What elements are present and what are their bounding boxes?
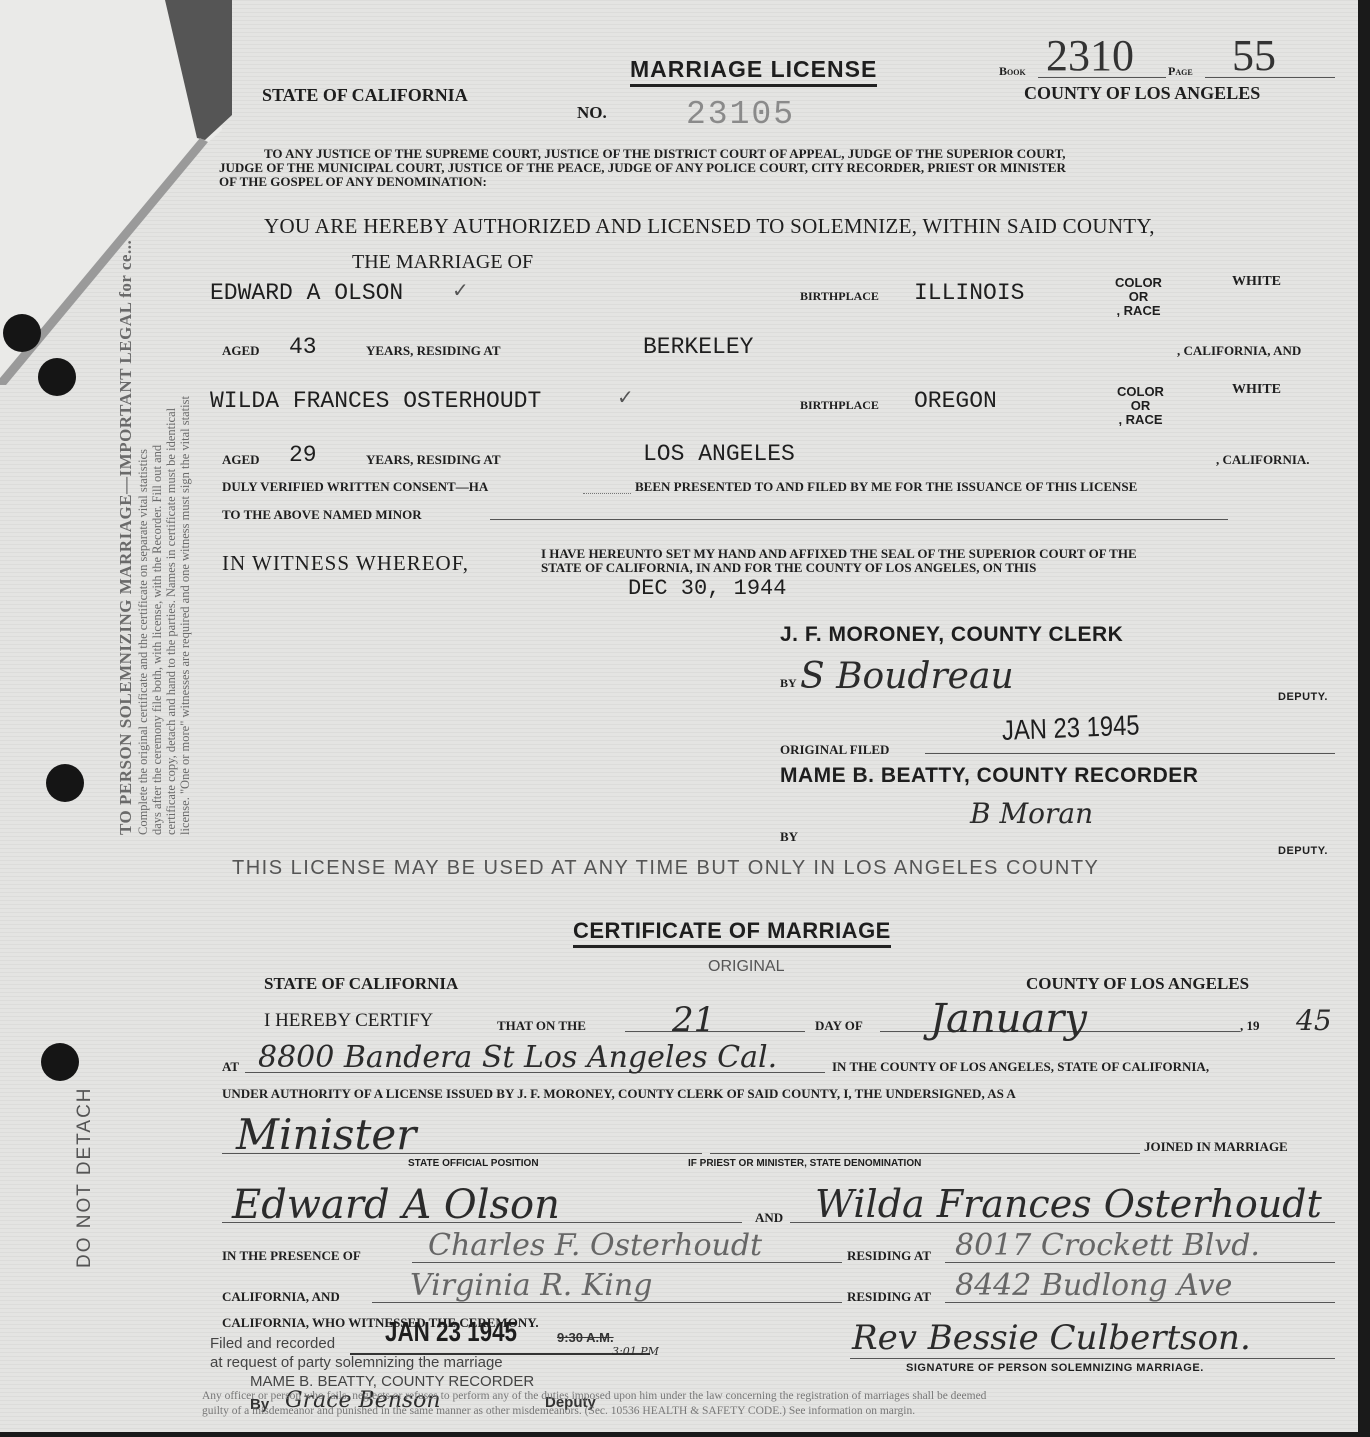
clerk-deputy-label: DEPUTY. xyxy=(1278,691,1328,703)
minor-blank xyxy=(490,519,1228,520)
book-number: 2310 xyxy=(1046,30,1134,81)
groom-residence-suffix: , CALIFORNIA, AND xyxy=(1177,343,1301,359)
authorization-text: YOU ARE HEREBY AUTHORIZED AND LICENSED T… xyxy=(264,214,1155,239)
officiant-position: Minister xyxy=(236,1110,416,1159)
groom-birthplace-label: BIRTHPLACE xyxy=(800,289,879,304)
consent-blank xyxy=(583,493,631,494)
groom-check-mark: ✓ xyxy=(452,278,469,303)
filed-recorded-label: Filed and recorded xyxy=(210,1335,335,1352)
scan-border-bottom xyxy=(0,1432,1370,1437)
issue-date: DEC 30, 1944 xyxy=(628,576,786,601)
license-county: COUNTY OF LOS ANGELES xyxy=(1024,83,1260,104)
consent-label-right: BEEN PRESENTED TO AND FILED BY ME FOR TH… xyxy=(635,479,1137,495)
filed-recorded-stamp: JAN 23 1945 xyxy=(385,1316,517,1348)
certificate-title: CERTIFICATE OF MARRIAGE xyxy=(573,918,891,948)
punch-hole xyxy=(46,764,84,802)
punch-hole xyxy=(38,358,76,396)
county-recorder: MAME B. BEATTY, COUNTY RECORDER xyxy=(780,764,1198,788)
witness2-address: 8442 Budlong Ave xyxy=(955,1268,1232,1303)
marriage-day: 21 xyxy=(672,1000,715,1040)
groom-birthplace: ILLINOIS xyxy=(914,280,1024,306)
certificate-county: COUNTY OF LOS ANGELES xyxy=(1026,974,1249,994)
punch-hole xyxy=(3,314,41,352)
margin-line-2: days after the ceremony file both, with … xyxy=(150,445,165,835)
margin-line-1: Complete the original certificate and th… xyxy=(136,449,151,835)
bride-residence: LOS ANGELES xyxy=(643,441,795,467)
marriage-month: January xyxy=(930,996,1087,1042)
bride-color-label: COLOROR, RACE xyxy=(1117,385,1164,427)
margin-line-3: certificate copy, detach and hand to the… xyxy=(164,408,179,835)
recorder-by-label: BY xyxy=(780,829,798,845)
consent-label-left: DULY VERIFIED WRITTEN CONSENT—HA xyxy=(222,479,488,495)
certify-label: I HEREBY CERTIFY xyxy=(264,1010,433,1032)
groom-color: WHITE xyxy=(1232,274,1281,290)
license-state: STATE OF CALIFORNIA xyxy=(262,85,468,106)
original-filed-line xyxy=(925,753,1335,754)
county-text: IN THE COUNTY OF LOS ANGELES, STATE OF C… xyxy=(832,1059,1209,1075)
bride-birthplace-label: BIRTHPLACE xyxy=(800,398,879,413)
penalty-line-2: guilty of a misdemeanor and punished in … xyxy=(202,1405,915,1417)
original-filed-stamp: JAN 23 1945 xyxy=(1002,709,1140,747)
day-of-label: DAY OF xyxy=(815,1018,863,1034)
license-number: 23105 xyxy=(686,96,795,133)
recorder-deputy-label: DEPUTY. xyxy=(1278,845,1328,857)
witness-whereof-label: IN WITNESS WHEREOF, xyxy=(222,551,469,576)
witness1-signature: Charles F. Osterhoudt xyxy=(428,1228,762,1263)
address-line-3: OF THE GOSPEL OF ANY DENOMINATION: xyxy=(219,174,487,190)
marriage-year: 45 xyxy=(1296,1004,1332,1037)
witness2-signature: Virginia R. King xyxy=(410,1268,652,1303)
bride-birthplace: OREGON xyxy=(914,388,997,414)
penalty-line-1: Any officer or person who fails, neglect… xyxy=(202,1390,986,1402)
groom-residing-label: YEARS, RESIDING AT xyxy=(366,343,501,359)
bride-residence-suffix: , CALIFORNIA. xyxy=(1216,452,1310,468)
margin-line-4: license. "One or more" witnesses are req… xyxy=(178,396,193,835)
filed-time-struck: 9:30 A.M. xyxy=(557,1330,614,1345)
margin-heading: TO PERSON SOLEMNIZING MARRIAGE—IMPORTANT… xyxy=(116,240,136,835)
at-label: AT xyxy=(222,1059,239,1075)
marriage-of-label: THE MARRIAGE OF xyxy=(352,251,533,274)
bride-aged-label: AGED xyxy=(222,452,260,468)
witness2-residing-label: RESIDING AT xyxy=(847,1289,931,1305)
certificate-state: STATE OF CALIFORNIA xyxy=(264,974,458,994)
scan-border-right xyxy=(1358,0,1370,1437)
denomination-label: IF PRIEST OR MINISTER, STATE DENOMINATIO… xyxy=(688,1158,921,1169)
marriage-location: 8800 Bandera St Los Angeles Cal. xyxy=(258,1040,777,1075)
recorder-deputy-signature: B Moran xyxy=(970,797,1093,830)
presence-label: IN THE PRESENCE OF xyxy=(222,1248,361,1264)
license-title: MARRIAGE LICENSE xyxy=(630,56,877,87)
do-not-detach-label: DO NOT DETACH xyxy=(74,1086,96,1268)
page-label: Page xyxy=(1168,64,1193,79)
officiant-signature-line xyxy=(850,1358,1335,1359)
denomination-line xyxy=(710,1153,1140,1154)
witness-line-2: STATE OF CALIFORNIA, IN AND FOR THE COUN… xyxy=(541,560,1036,576)
groom-residence: BERKELEY xyxy=(643,334,753,360)
that-on-the-label: THAT ON THE xyxy=(497,1018,586,1034)
officiant-signature: Rev Bessie Culbertson. xyxy=(852,1318,1251,1358)
clerk-by-label: BY xyxy=(780,676,797,691)
bride-name: WILDA FRANCES OSTERHOUDT xyxy=(210,388,541,414)
officiant-signature-label: SIGNATURE OF PERSON SOLEMNIZING MARRIAGE… xyxy=(906,1362,1204,1374)
groom-age: 43 xyxy=(289,334,317,360)
groom-color-label: COLOROR, RACE xyxy=(1115,276,1162,318)
minor-label: TO THE ABOVE NAMED MINOR xyxy=(222,507,422,523)
bride-check-mark: ✓ xyxy=(617,385,634,410)
request-text: at request of party solemnizing the marr… xyxy=(210,1354,503,1371)
position-label: STATE OFFICIAL POSITION xyxy=(408,1158,539,1169)
year-prefix: , 19 xyxy=(1240,1018,1260,1034)
bride-signature: Wilda Frances Osterhoudt xyxy=(815,1182,1322,1226)
book-label: Book xyxy=(999,64,1026,79)
punch-hole xyxy=(41,1043,79,1081)
bride-color: WHITE xyxy=(1232,382,1281,398)
license-no-label: NO. xyxy=(577,103,607,123)
clerk-deputy-signature: S Boudreau xyxy=(800,656,1014,697)
and-label: AND xyxy=(755,1210,783,1226)
original-filed-label: ORIGINAL FILED xyxy=(780,742,889,758)
authority-text: UNDER AUTHORITY OF A LICENSE ISSUED BY J… xyxy=(222,1086,1016,1102)
bride-residing-label: YEARS, RESIDING AT xyxy=(366,452,501,468)
bride-age: 29 xyxy=(289,442,317,468)
joined-label: JOINED IN MARRIAGE xyxy=(1144,1139,1288,1155)
county-clerk: J. F. MORONEY, COUNTY CLERK xyxy=(780,623,1123,647)
filed-time: 3:01 PM xyxy=(612,1345,659,1358)
groom-signature: Edward A Olson xyxy=(232,1182,560,1228)
usage-notice: THIS LICENSE MAY BE USED AT ANY TIME BUT… xyxy=(232,857,1099,880)
page-number: 55 xyxy=(1232,30,1276,81)
certificate-original-label: ORIGINAL xyxy=(708,958,784,976)
california-and-label: CALIFORNIA, AND xyxy=(222,1289,340,1305)
witness1-residing-label: RESIDING AT xyxy=(847,1248,931,1264)
witness1-address: 8017 Crockett Blvd. xyxy=(955,1228,1260,1263)
groom-name: EDWARD A OLSON xyxy=(210,280,403,306)
groom-aged-label: AGED xyxy=(222,343,260,359)
